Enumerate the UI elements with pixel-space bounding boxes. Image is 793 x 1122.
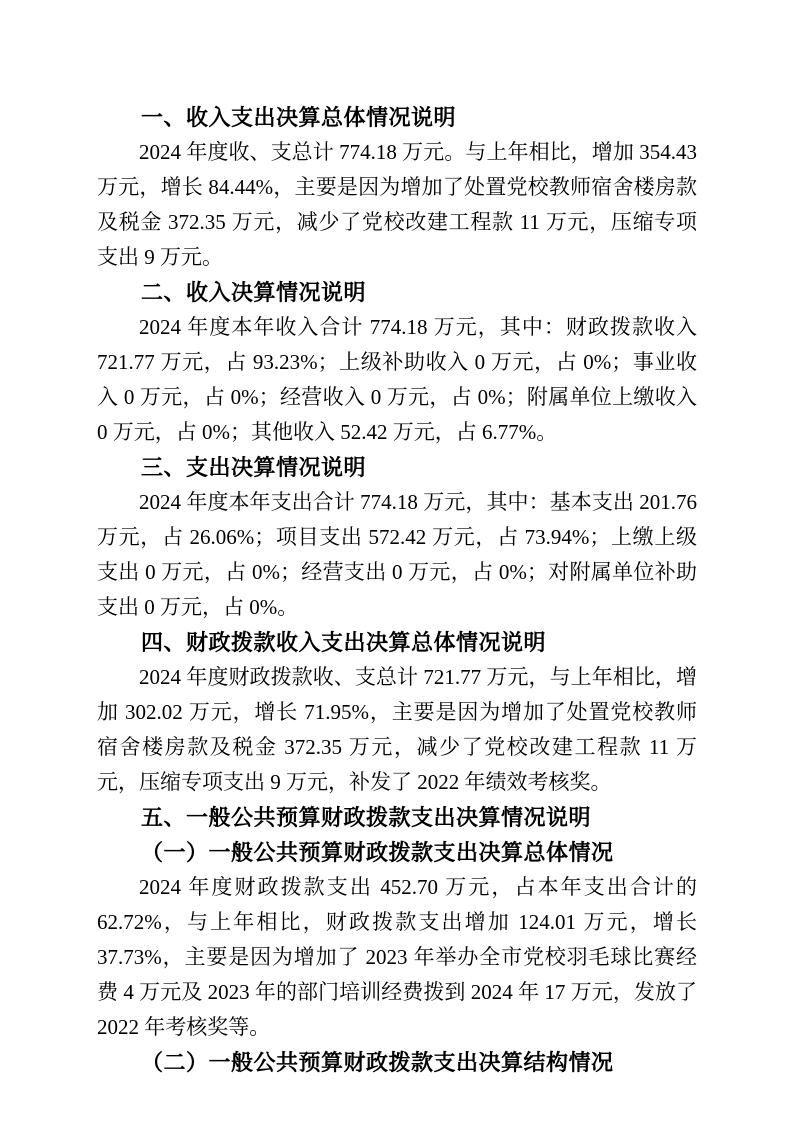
section-5-heading: 五、一般公共预算财政拨款支出决算情况说明 (97, 800, 697, 835)
subsection-general-public-budget-overall: （一）一般公共预算财政拨款支出决算总体情况 2024 年度财政拨款支出 452.… (97, 835, 697, 1045)
section-fiscal-appropriation-overall: 四、财政拨款收入支出决算总体情况说明 2024 年度财政拨款收、支总计 721.… (97, 625, 697, 800)
section-3-paragraph: 2024 年度本年支出合计 774.18 万元，其中：基本支出 201.76 万… (97, 485, 697, 625)
section-income-accounts: 二、收入决算情况说明 2024 年度本年收入合计 774.18 万元，其中：财政… (97, 275, 697, 450)
section-4-paragraph: 2024 年度财政拨款收、支总计 721.77 万元，与上年相比，增加 302.… (97, 660, 697, 800)
section-2-heading: 二、收入决算情况说明 (97, 275, 697, 310)
section-2-paragraph: 2024 年度本年收入合计 774.18 万元，其中：财政拨款收入 721.77… (97, 310, 697, 450)
section-1-heading: 一、收入支出决算总体情况说明 (97, 100, 697, 135)
section-expenditure-accounts: 三、支出决算情况说明 2024 年度本年支出合计 774.18 万元，其中：基本… (97, 450, 697, 625)
section-5-sub-1-heading: （一）一般公共预算财政拨款支出决算总体情况 (97, 835, 697, 870)
section-3-heading: 三、支出决算情况说明 (97, 450, 697, 485)
section-1-paragraph: 2024 年度收、支总计 774.18 万元。与上年相比，增加 354.43 万… (97, 135, 697, 275)
subsection-general-public-budget-structure: （二）一般公共预算财政拨款支出决算结构情况 (97, 1045, 697, 1080)
section-income-expenditure-overall: 一、收入支出决算总体情况说明 2024 年度收、支总计 774.18 万元。与上… (97, 100, 697, 275)
section-general-public-budget: 五、一般公共预算财政拨款支出决算情况说明 （一）一般公共预算财政拨款支出决算总体… (97, 800, 697, 1080)
section-5-sub-1-paragraph: 2024 年度财政拨款支出 452.70 万元，占本年支出合计的 62.72%，… (97, 870, 697, 1045)
section-5-sub-2-heading: （二）一般公共预算财政拨款支出决算结构情况 (97, 1045, 697, 1080)
document-page: 一、收入支出决算总体情况说明 2024 年度收、支总计 774.18 万元。与上… (0, 0, 793, 1122)
section-4-heading: 四、财政拨款收入支出决算总体情况说明 (97, 625, 697, 660)
